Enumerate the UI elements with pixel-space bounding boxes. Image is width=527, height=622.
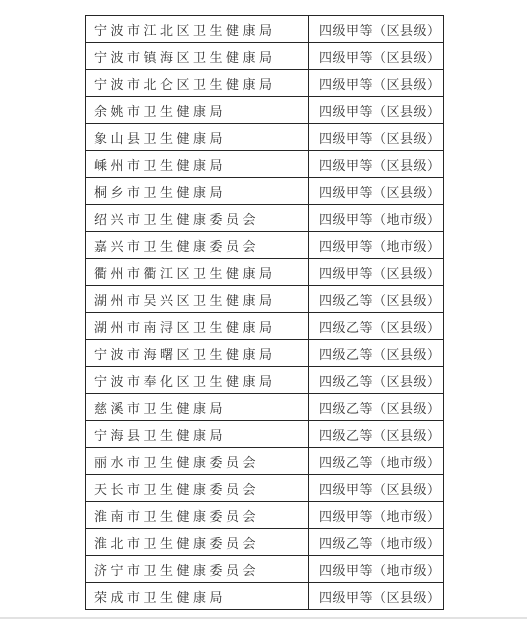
table-row: 湖州市吴兴区卫生健康局 四级乙等（区县级） [86, 286, 444, 313]
org-cell: 宁波市北仑区卫生健康局 [86, 70, 309, 97]
rating-cell: 四级甲等（地市级） [309, 205, 444, 232]
rating-cell: 四级乙等（地市级） [309, 529, 444, 556]
table-row: 荣成市卫生健康局 四级甲等（区县级） [86, 583, 444, 610]
table-row: 衢州市衢江区卫生健康局 四级甲等（区县级） [86, 259, 444, 286]
rating-cell: 四级乙等（地市级） [309, 448, 444, 475]
review-rating-table: 宁波市江北区卫生健康局 四级甲等（区县级） 宁波市镇海区卫生健康局 四级甲等（区… [85, 15, 444, 610]
org-cell: 湖州市吴兴区卫生健康局 [86, 286, 309, 313]
table-row: 嵊州市卫生健康局 四级甲等（区县级） [86, 151, 444, 178]
org-cell: 宁波市江北区卫生健康局 [86, 16, 309, 43]
rating-cell: 四级乙等（区县级） [309, 367, 444, 394]
table-row: 宁波市江北区卫生健康局 四级甲等（区县级） [86, 16, 444, 43]
org-cell: 天长市卫生健康委员会 [86, 475, 309, 502]
table-row: 余姚市卫生健康局 四级甲等（区县级） [86, 97, 444, 124]
table-row: 济宁市卫生健康委员会 四级甲等（地市级） [86, 556, 444, 583]
table-row: 桐乡市卫生健康局 四级甲等（区县级） [86, 178, 444, 205]
org-cell: 荣成市卫生健康局 [86, 583, 309, 610]
table-row: 宁波市北仑区卫生健康局 四级甲等（区县级） [86, 70, 444, 97]
rating-cell: 四级甲等（地市级） [309, 232, 444, 259]
org-cell: 淮南市卫生健康委员会 [86, 502, 309, 529]
rating-cell: 四级甲等（区县级） [309, 97, 444, 124]
page-bottom-divider [0, 617, 527, 619]
org-cell: 余姚市卫生健康局 [86, 97, 309, 124]
rating-cell: 四级乙等（区县级） [309, 421, 444, 448]
rating-cell: 四级乙等（区县级） [309, 286, 444, 313]
rating-cell: 四级甲等（区县级） [309, 475, 444, 502]
review-table-body: 宁波市江北区卫生健康局 四级甲等（区县级） 宁波市镇海区卫生健康局 四级甲等（区… [86, 16, 444, 610]
document-page: 宁波市江北区卫生健康局 四级甲等（区县级） 宁波市镇海区卫生健康局 四级甲等（区… [0, 0, 527, 622]
org-cell: 宁波市镇海区卫生健康局 [86, 43, 309, 70]
org-cell: 衢州市衢江区卫生健康局 [86, 259, 309, 286]
org-cell: 宁海县卫生健康局 [86, 421, 309, 448]
table-row: 宁波市镇海区卫生健康局 四级甲等（区县级） [86, 43, 444, 70]
table-row: 湖州市南浔区卫生健康局 四级乙等（区县级） [86, 313, 444, 340]
rating-cell: 四级甲等（区县级） [309, 43, 444, 70]
rating-cell: 四级乙等（区县级） [309, 313, 444, 340]
rating-cell: 四级甲等（区县级） [309, 178, 444, 205]
table-row: 宁波市奉化区卫生健康局 四级乙等（区县级） [86, 367, 444, 394]
table-row: 慈溪市卫生健康局 四级乙等（区县级） [86, 394, 444, 421]
rating-cell: 四级乙等（区县级） [309, 340, 444, 367]
rating-cell: 四级甲等（区县级） [309, 583, 444, 610]
table-row: 嘉兴市卫生健康委员会 四级甲等（地市级） [86, 232, 444, 259]
table-row: 天长市卫生健康委员会 四级甲等（区县级） [86, 475, 444, 502]
table-row: 宁海县卫生健康局 四级乙等（区县级） [86, 421, 444, 448]
org-cell: 宁波市海曙区卫生健康局 [86, 340, 309, 367]
org-cell: 象山县卫生健康局 [86, 124, 309, 151]
table-row: 象山县卫生健康局 四级甲等（区县级） [86, 124, 444, 151]
org-cell: 丽水市卫生健康委员会 [86, 448, 309, 475]
org-cell: 嵊州市卫生健康局 [86, 151, 309, 178]
rating-cell: 四级乙等（区县级） [309, 394, 444, 421]
rating-cell: 四级甲等（区县级） [309, 124, 444, 151]
rating-cell: 四级甲等（区县级） [309, 16, 444, 43]
org-cell: 湖州市南浔区卫生健康局 [86, 313, 309, 340]
org-cell: 宁波市奉化区卫生健康局 [86, 367, 309, 394]
org-cell: 淮北市卫生健康委员会 [86, 529, 309, 556]
org-cell: 慈溪市卫生健康局 [86, 394, 309, 421]
rating-cell: 四级甲等（地市级） [309, 502, 444, 529]
rating-cell: 四级甲等（区县级） [309, 70, 444, 97]
table-row: 淮北市卫生健康委员会 四级乙等（地市级） [86, 529, 444, 556]
rating-cell: 四级甲等（区县级） [309, 259, 444, 286]
table-row: 绍兴市卫生健康委员会 四级甲等（地市级） [86, 205, 444, 232]
table-row: 丽水市卫生健康委员会 四级乙等（地市级） [86, 448, 444, 475]
table-row: 淮南市卫生健康委员会 四级甲等（地市级） [86, 502, 444, 529]
table-row: 宁波市海曙区卫生健康局 四级乙等（区县级） [86, 340, 444, 367]
org-cell: 嘉兴市卫生健康委员会 [86, 232, 309, 259]
rating-cell: 四级甲等（区县级） [309, 151, 444, 178]
rating-cell: 四级甲等（地市级） [309, 556, 444, 583]
org-cell: 济宁市卫生健康委员会 [86, 556, 309, 583]
org-cell: 桐乡市卫生健康局 [86, 178, 309, 205]
org-cell: 绍兴市卫生健康委员会 [86, 205, 309, 232]
